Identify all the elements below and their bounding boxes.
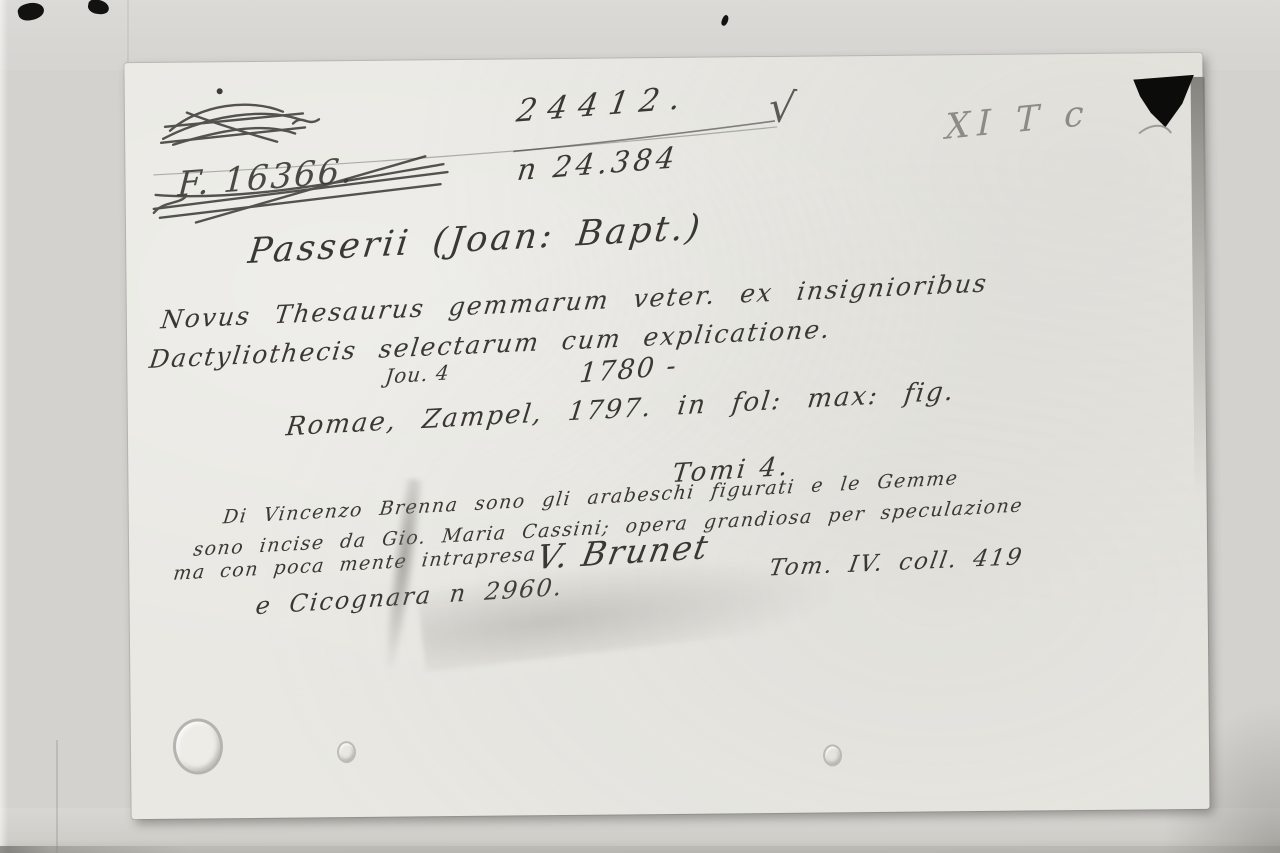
note-line4: e Cicognara n 2960. [254,573,565,620]
torn-corner-hole [1131,75,1197,128]
classmark-pencil: XI T c [945,93,1091,147]
checkmark: √ [767,82,798,133]
punch-hole-ring [173,718,224,774]
entry-title-line1: Novus Thesaurus gemmarum veter. ex insig… [159,268,990,334]
photo-left-edge [0,0,8,853]
note-reference: Tom. IV. coll. 419 [767,544,1025,582]
photo-bottom-edge [0,846,1280,853]
accession-number: n 24.384 [515,140,680,187]
torn-right-edge [1191,77,1209,497]
punch-dimple [823,744,842,766]
catalog-card: F. 16366. 24412. √ n 24.384 XI T c Passe… [124,53,1209,819]
cancelled-number: F. 16366. [177,151,356,205]
ink-speck [217,88,223,94]
interline-date: 1780 - [578,350,679,389]
shelf-number-top: 24412. [514,79,694,129]
interline-annotation: Jou. 4 [384,360,451,388]
entry-heading: Passerii (Joan: Bapt.) [246,208,705,273]
scanned-catalog-card-photo: { "colors": { "ink": "#3a3833", "pencil"… [0,0,1280,853]
backing-fold-line [127,0,129,70]
punch-dimple [337,741,356,763]
backing-fold-line [56,740,58,853]
